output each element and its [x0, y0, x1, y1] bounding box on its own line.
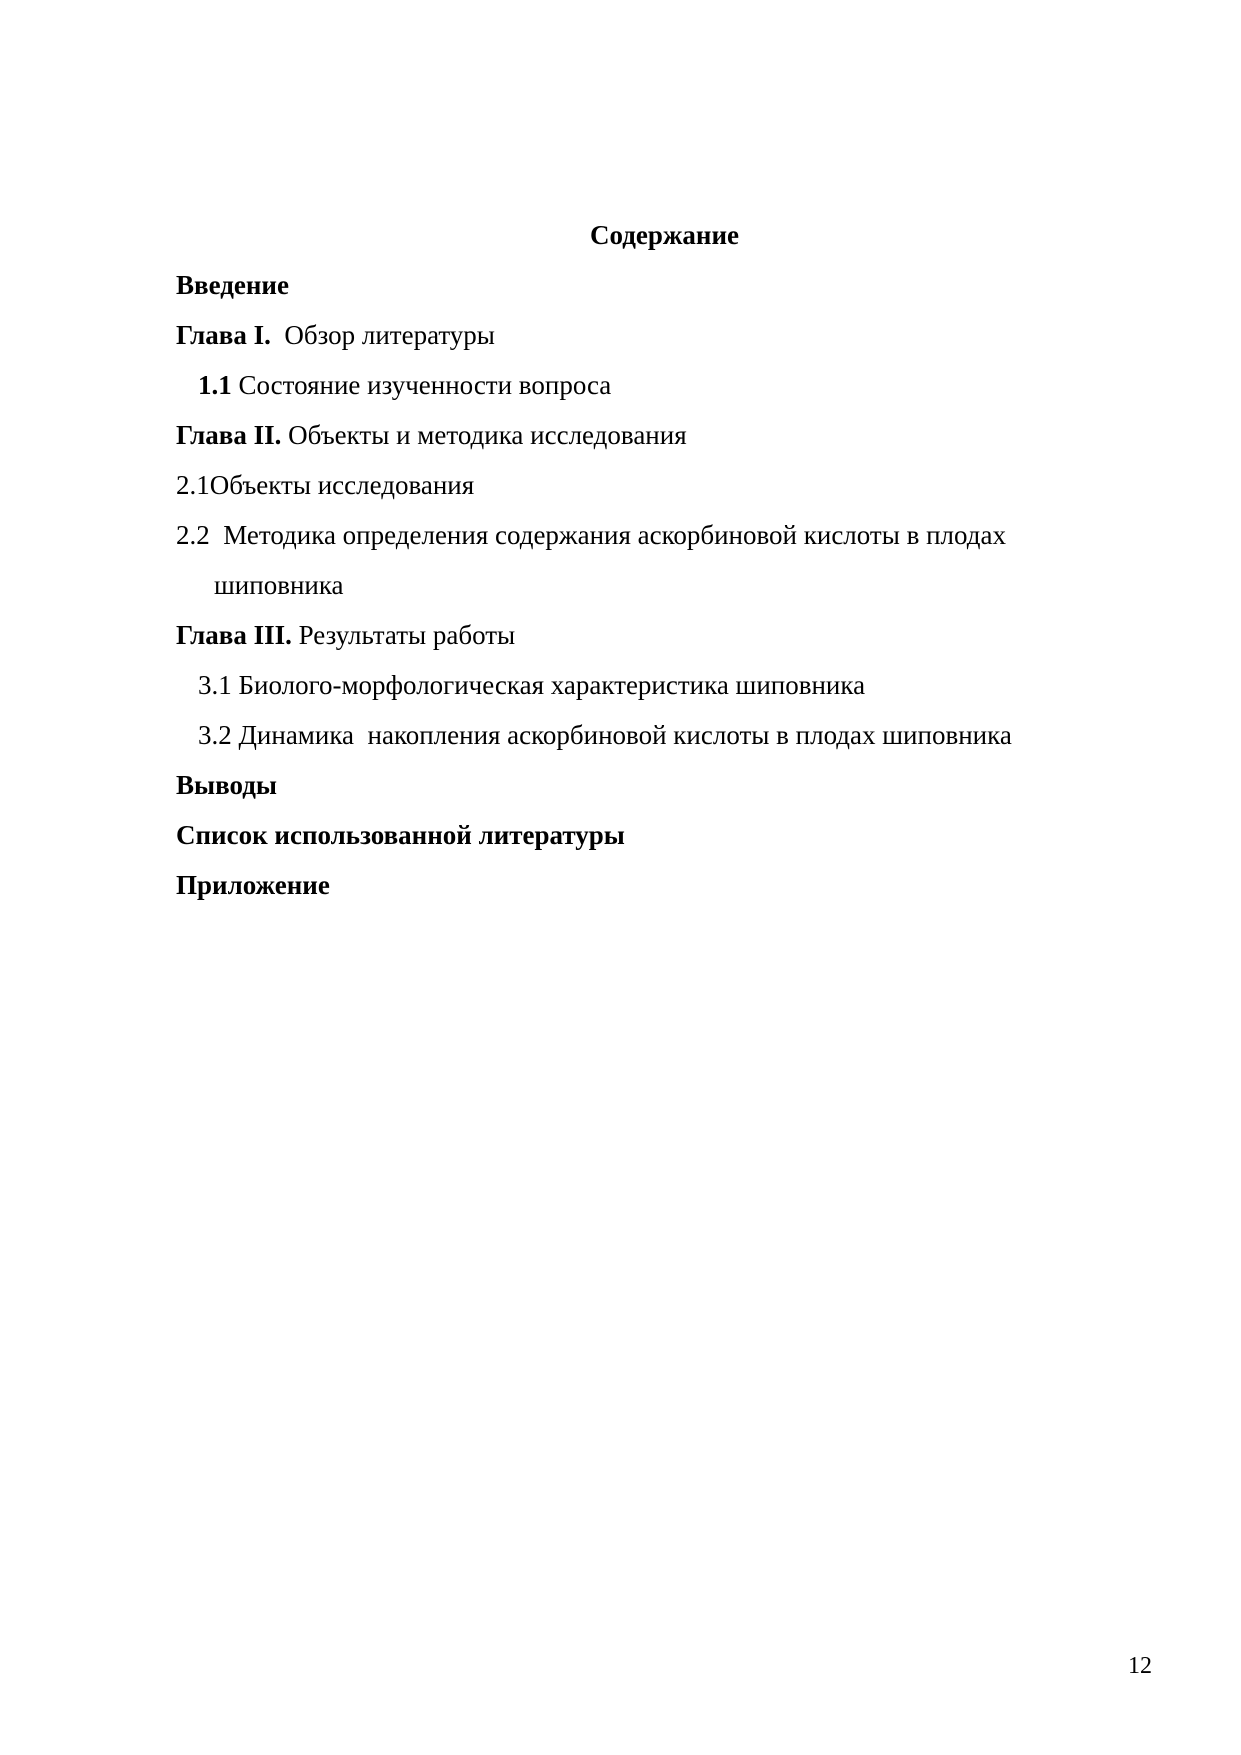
document-page: Содержание Введение Глава I. Обзор литер… [0, 0, 1241, 1755]
page-number: 12 [1128, 1652, 1152, 1680]
toc-item-bold: Приложение [176, 870, 330, 900]
toc-item-bold: Список использованной литературы [176, 820, 625, 850]
toc-item-2-2-continued: шиповника [214, 569, 344, 601]
toc-item-conclusions: Выводы [176, 769, 277, 801]
toc-title: Содержание [0, 219, 1241, 251]
toc-item-bold: Введение [176, 270, 289, 300]
toc-item-3-1: 3.1 Биолого-морфологическая характеристи… [198, 669, 865, 701]
toc-item-references: Список использованной литературы [176, 819, 625, 851]
toc-item-introduction: Введение [176, 269, 289, 301]
toc-item-text: 2.2 Методика определения содержания аско… [176, 520, 1006, 550]
toc-item-text: шиповника [214, 570, 344, 600]
toc-item-chapter-1: Глава I. Обзор литературы [176, 319, 495, 351]
toc-item-bold: Глава I. [176, 320, 271, 350]
toc-item-2-1: 2.1Объекты исследования [176, 469, 474, 501]
toc-item-text: Результаты работы [292, 620, 515, 650]
toc-item-text: 3.1 Биолого-морфологическая характеристи… [198, 670, 865, 700]
toc-item-chapter-3: Глава III. Результаты работы [176, 619, 515, 651]
toc-item-text: Объекты и методика исследования [281, 420, 686, 450]
toc-item-text: 2.1Объекты исследования [176, 470, 474, 500]
toc-item-chapter-2: Глава II. Объекты и методика исследовани… [176, 419, 687, 451]
toc-item-text: Состояние изученности вопроса [232, 370, 612, 400]
toc-item-bold: Глава III. [176, 620, 292, 650]
toc-item-3-2: 3.2 Динамика накопления аскорбиновой кис… [198, 719, 1012, 751]
toc-item-appendix: Приложение [176, 869, 330, 901]
toc-item-bold: Выводы [176, 770, 277, 800]
toc-item-text: Обзор литературы [271, 320, 495, 350]
toc-item-bold: 1.1 [198, 370, 232, 400]
toc-item-bold: Глава II. [176, 420, 281, 450]
toc-item-2-2: 2.2 Методика определения содержания аско… [176, 519, 1006, 551]
toc-item-text: 3.2 Динамика накопления аскорбиновой кис… [198, 720, 1012, 750]
toc-item-1-1: 1.1 Состояние изученности вопроса [198, 369, 611, 401]
